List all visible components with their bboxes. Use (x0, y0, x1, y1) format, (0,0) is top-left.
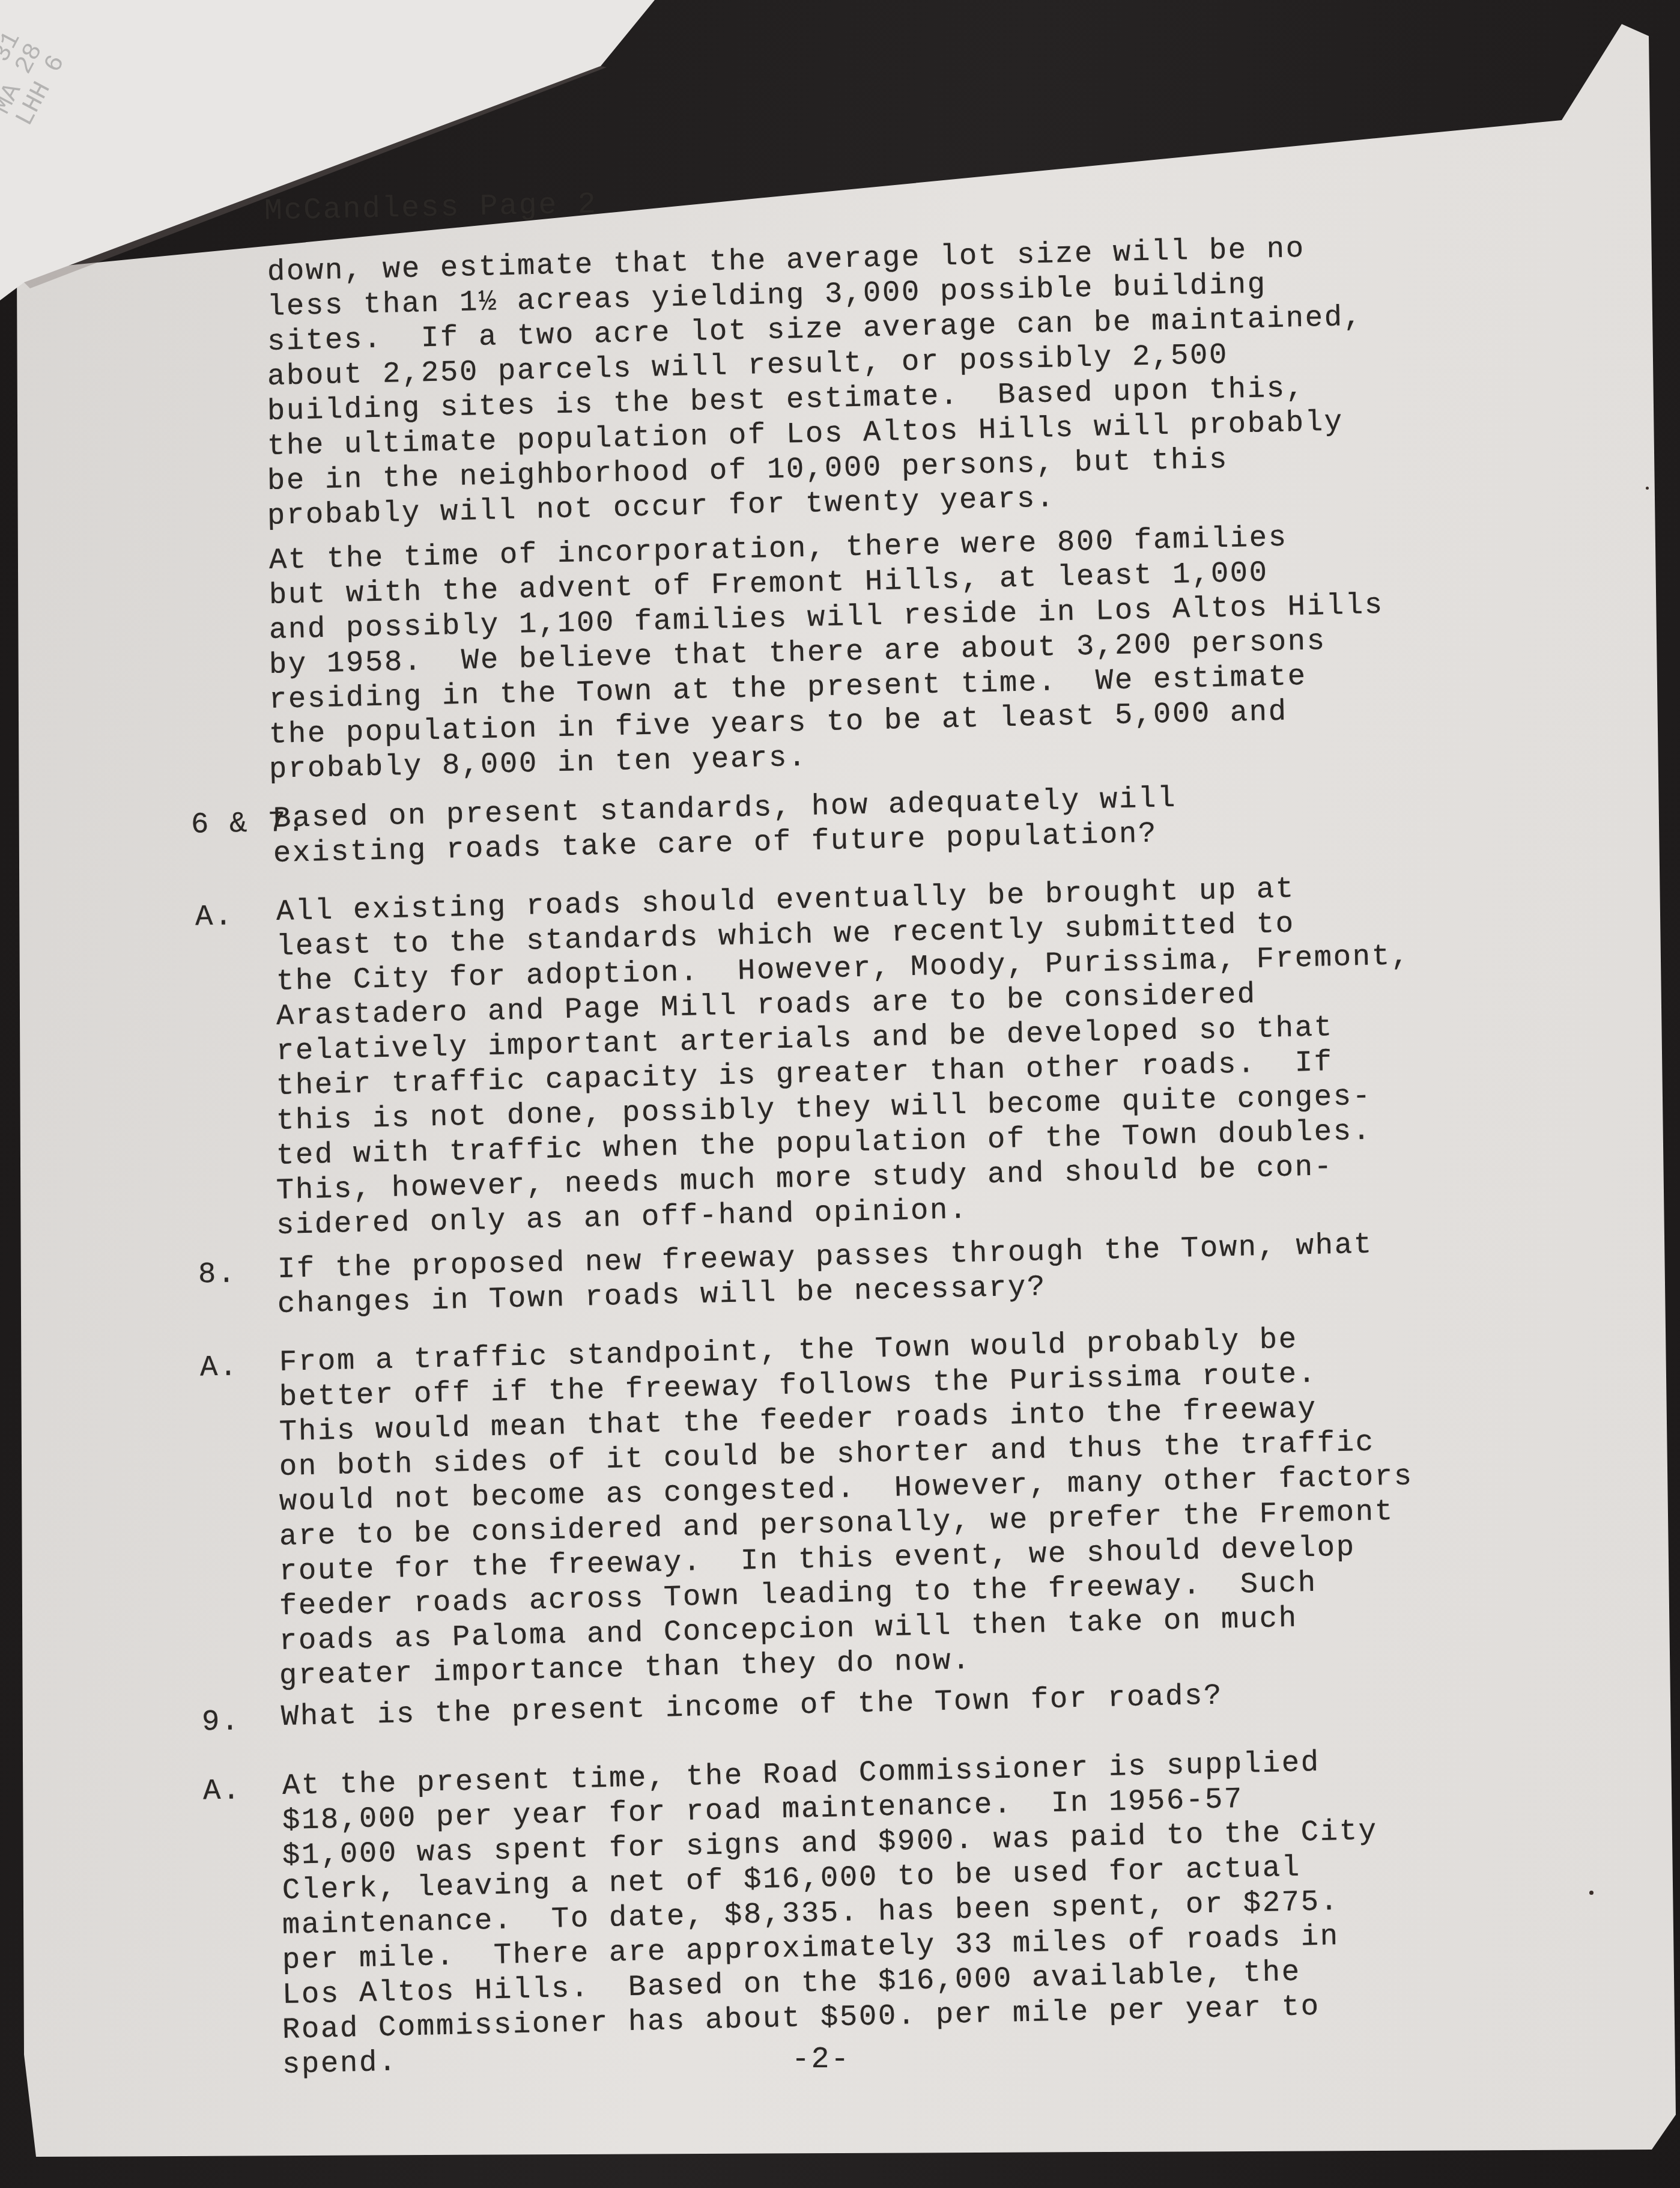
page-number: -2- (792, 2043, 851, 2077)
question-number: 9. (202, 1704, 241, 1739)
answer-marker: A. (200, 1350, 239, 1384)
answer-marker: A. (203, 1773, 242, 1808)
answer-line: spend. (282, 2046, 398, 2082)
question-number: 8. (198, 1257, 237, 1291)
paper-speck (1646, 487, 1649, 490)
paper-speck (1589, 1891, 1594, 1895)
answer-marker: A. (195, 899, 234, 934)
page-header: McCandless Page 2 (264, 187, 597, 229)
